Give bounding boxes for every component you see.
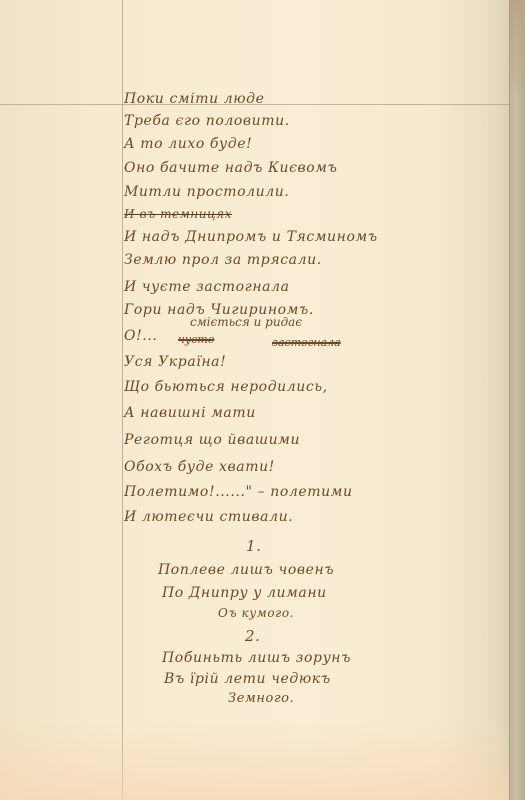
section-line: Оъ кумого. bbox=[218, 606, 294, 620]
section-line: Земного. bbox=[228, 691, 294, 706]
poem-line: Землю прол за трясали. bbox=[124, 252, 322, 268]
poem-line: Поки сміти люде bbox=[124, 91, 265, 107]
poem-line: Полетимо!......" – полетими bbox=[124, 484, 353, 500]
manuscript-page: Поки сміти люде Треба єго половити. А то… bbox=[0, 0, 510, 800]
poem-line: Обохъ буде хвати! bbox=[124, 459, 275, 475]
poem-line: Реготця що йвашими bbox=[124, 432, 300, 448]
poem-line: И чуєте застогнала bbox=[124, 279, 290, 295]
section-line: По Днипру у лимани bbox=[162, 585, 327, 601]
poem-line: Митли простолили. bbox=[124, 184, 289, 200]
section-numeral: 1. bbox=[246, 537, 262, 555]
poem-line: Оно бачите надъ Києвомъ bbox=[124, 160, 337, 176]
poem-line: А то лихо буде! bbox=[124, 136, 252, 152]
book-binding-edge bbox=[509, 0, 525, 800]
poem-text: Поки сміти люде Треба єго половити. А то… bbox=[0, 0, 510, 800]
struck-word: застогнала bbox=[272, 336, 341, 349]
poem-line: Уся Україна! bbox=[124, 354, 226, 370]
poem-line: Що бьються неродились, bbox=[124, 379, 328, 395]
poem-line: И лютеєчи стивали. bbox=[124, 509, 293, 525]
correction-line-prefix: О!... bbox=[124, 328, 157, 344]
section-line: Побиньть лишъ зорунъ bbox=[162, 650, 351, 666]
section-line: Въ їрій лети чедюкъ bbox=[164, 671, 331, 687]
section-numeral: 2. bbox=[245, 627, 261, 645]
struck-poem-line: И въ темницях bbox=[124, 207, 232, 221]
poem-line: И надъ Днипромъ и Тясминомъ bbox=[124, 229, 378, 245]
poem-line: А навишні мати bbox=[124, 405, 256, 421]
inserted-correction: сміється и ридає bbox=[190, 315, 302, 329]
poem-line: Треба єго половити. bbox=[124, 113, 290, 129]
section-line: Поплеве лишъ човенъ bbox=[158, 562, 334, 578]
struck-word: чуєте bbox=[178, 333, 214, 346]
